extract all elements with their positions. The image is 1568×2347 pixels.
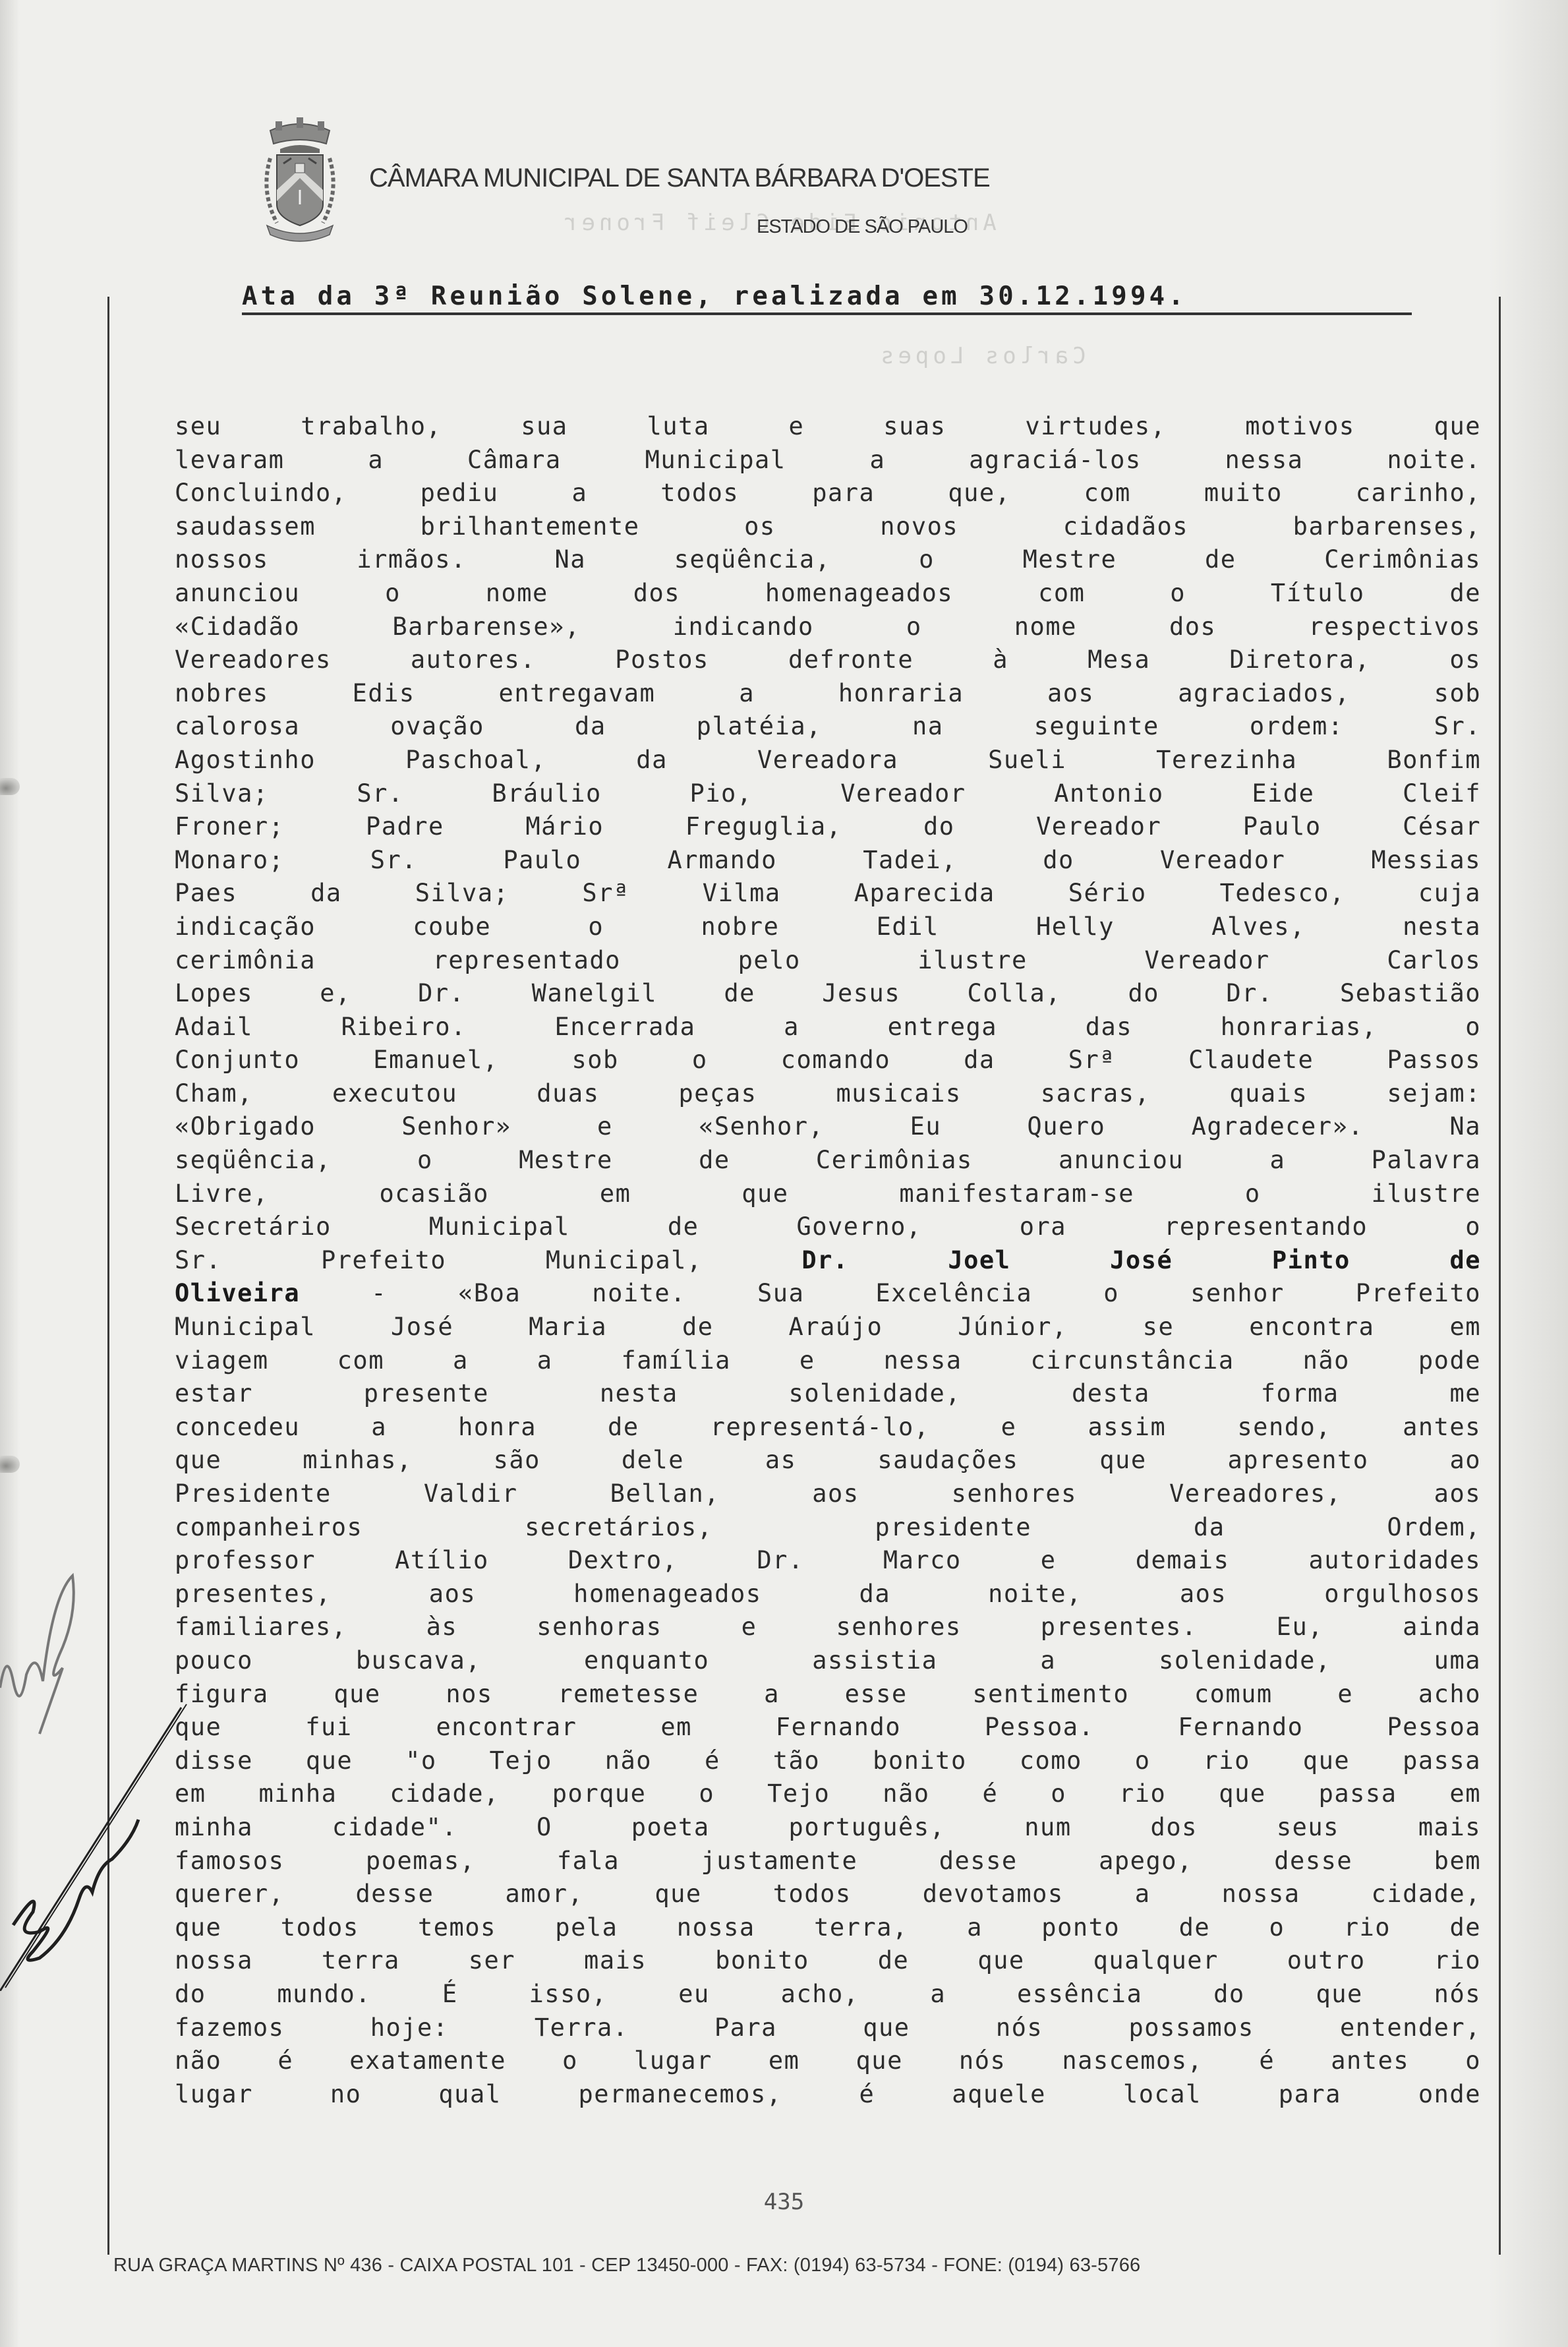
text-line: lugar no qual permanecemos, é aquele loc…: [175, 2078, 1481, 2112]
state-name: ESTADO DE SÃO PAULO: [757, 216, 968, 238]
text-line: Secretário Municipal de Governo, ora rep…: [175, 1210, 1481, 1244]
text-line: companheiros secretários, presidente da …: [175, 1511, 1481, 1545]
text-line: «Cidadão Barbarense», indicando o nome d…: [175, 610, 1481, 644]
page-number: 435: [0, 2189, 1568, 2215]
text-line: nossos irmãos. Na seqüência, o Mestre de…: [175, 543, 1481, 577]
text-line: estar presente nesta solenidade, desta f…: [175, 1377, 1481, 1411]
speaker-name: Dr. Joel José Pinto de: [801, 1246, 1481, 1274]
binder-hole-icon: [0, 1456, 20, 1473]
speaker-name: Oliveira: [175, 1279, 300, 1307]
text-line: «Obrigado Senhor» e «Senhor, Eu Quero Ag…: [175, 1110, 1481, 1144]
text-line: figura que nos remetesse a esse sentimen…: [175, 1678, 1481, 1711]
frame-rule-right: [1499, 297, 1501, 2255]
text-line: disse que "o Tejo não é tão bonito como …: [175, 1744, 1481, 1778]
footer-address: RUA GRAÇA MARTINS Nº 436 - CAIXA POSTAL …: [113, 2255, 1511, 2276]
text-line: que fui encontrar em Fernando Pessoa. Fe…: [175, 1711, 1481, 1744]
text-line: Oliveira - «Boa noite. Sua Excelência o …: [175, 1277, 1481, 1311]
minutes-body: seu trabalho, sua luta e suas virtudes, …: [175, 410, 1481, 2111]
text-line: nobres Edis entregavam a honraria aos ag…: [175, 677, 1481, 711]
text-line: levaram a Câmara Municipal a agraciá-los…: [175, 444, 1481, 477]
text-line: viagem com a a família e nessa circunstâ…: [175, 1344, 1481, 1378]
bleed-through-text: Carlos Lopes: [877, 343, 1086, 369]
text-line: concedeu a honra de representá-lo, e ass…: [175, 1411, 1481, 1444]
text-line: seu trabalho, sua luta e suas virtudes, …: [175, 410, 1481, 444]
text-line: Municipal José Maria de Araújo Júnior, s…: [175, 1311, 1481, 1344]
text-line: querer, desse amor, que todos devotamos …: [175, 1878, 1481, 1911]
binder-hole-icon: [0, 778, 20, 795]
page-edge-left: [0, 0, 20, 2347]
text-line: presentes, aos homenageados da noite, ao…: [175, 1578, 1481, 1611]
institution-name: CÂMARA MUNICIPAL DE SANTA BÁRBARA D'OEST…: [0, 163, 1568, 193]
text-line: não é exatamente o lugar em que nós nasc…: [175, 2044, 1481, 2078]
text-line: Vereadores autores. Postos defronte à Me…: [175, 643, 1481, 677]
text-line: Adail Ribeiro. Encerrada a entrega das h…: [175, 1011, 1481, 1044]
text-line: calorosa ovação da platéia, na seguinte …: [175, 710, 1481, 744]
text-line: fazemos hoje: Terra. Para que nós possam…: [175, 2011, 1481, 2045]
text-line: pouco buscava, enquanto assistia a solen…: [175, 1644, 1481, 1678]
text-line: minha cidade". O poeta português, num do…: [175, 1811, 1481, 1845]
text-line: indicação coube o nobre Edil Helly Alves…: [175, 910, 1481, 944]
text-line: Livre, ocasião em que manifestaram-se o …: [175, 1177, 1481, 1211]
text-line: anunciou o nome dos homenageados com o T…: [175, 577, 1481, 610]
text-line: Agostinho Paschoal, da Vereadora Sueli T…: [175, 744, 1481, 777]
text-line: em minha cidade, porque o Tejo não é o r…: [175, 1777, 1481, 1811]
text-line: Presidente Valdir Bellan, aos senhores V…: [175, 1477, 1481, 1511]
text-line: que todos temos pela nossa terra, a pont…: [175, 1911, 1481, 1945]
text-line: seqüência, o Mestre de Cerimônias anunci…: [175, 1144, 1481, 1177]
text-line: do mundo. É isso, eu acho, a essência do…: [175, 1978, 1481, 2011]
text-line: Lopes e, Dr. Wanelgil de Jesus Colla, do…: [175, 977, 1481, 1011]
text-line: Paes da Silva; Srª Vilma Aparecida Sério…: [175, 877, 1481, 910]
text-line: saudassem brilhantemente os novos cidadã…: [175, 510, 1481, 544]
text-line: familiares, às senhoras e senhores prese…: [175, 1611, 1481, 1644]
text-line: Monaro; Sr. Paulo Armando Tadei, do Vere…: [175, 844, 1481, 877]
text-line: Cham, executou duas peças musicais sacra…: [175, 1077, 1481, 1111]
text-line: famosos poemas, fala justamente desse ap…: [175, 1845, 1481, 1878]
text-line: Silva; Sr. Bráulio Pio, Vereador Antonio…: [175, 777, 1481, 811]
signature-bella: [0, 1688, 198, 1991]
text-line: Froner; Padre Mário Freguglia, do Veread…: [175, 810, 1481, 844]
text-line: Concluindo, pediu a todos para que, com …: [175, 477, 1481, 510]
text-line: professor Atílio Dextro, Dr. Marco e dem…: [175, 1544, 1481, 1578]
text-line: nossa terra ser mais bonito de que qualq…: [175, 1944, 1481, 1978]
text-line: cerimônia representado pelo ilustre Vere…: [175, 944, 1481, 978]
minutes-title: Ata da 3ª Reunião Solene, realizada em 3…: [242, 282, 1412, 315]
text-line: que minhas, são dele as saudações que ap…: [175, 1444, 1481, 1477]
page-edge-right: [1489, 0, 1568, 2347]
text-line: Sr. Prefeito Municipal, Dr. Joel José Pi…: [175, 1244, 1481, 1278]
text-line: Conjunto Emanuel, sob o comando da Srª C…: [175, 1044, 1481, 1077]
